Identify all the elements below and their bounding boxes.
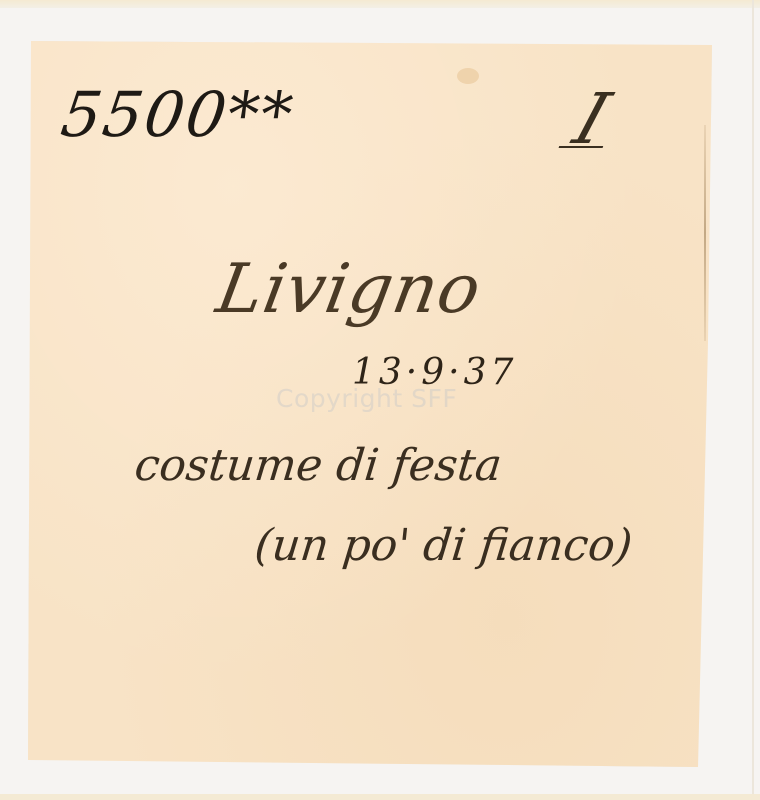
- catalog-number: 5500**: [57, 78, 299, 151]
- description: costume di festa: [132, 440, 504, 491]
- mount-bottom-edge: [0, 794, 760, 800]
- paper-fold-line: [704, 125, 706, 341]
- mount-right-edge: [752, 0, 754, 800]
- copyright-watermark: Copyright SFF: [276, 384, 457, 413]
- mount-top-edge: [0, 0, 760, 8]
- note: (un po' di fianco): [252, 520, 634, 571]
- paper-stain: [457, 68, 479, 84]
- place-name: Livigno: [211, 250, 487, 329]
